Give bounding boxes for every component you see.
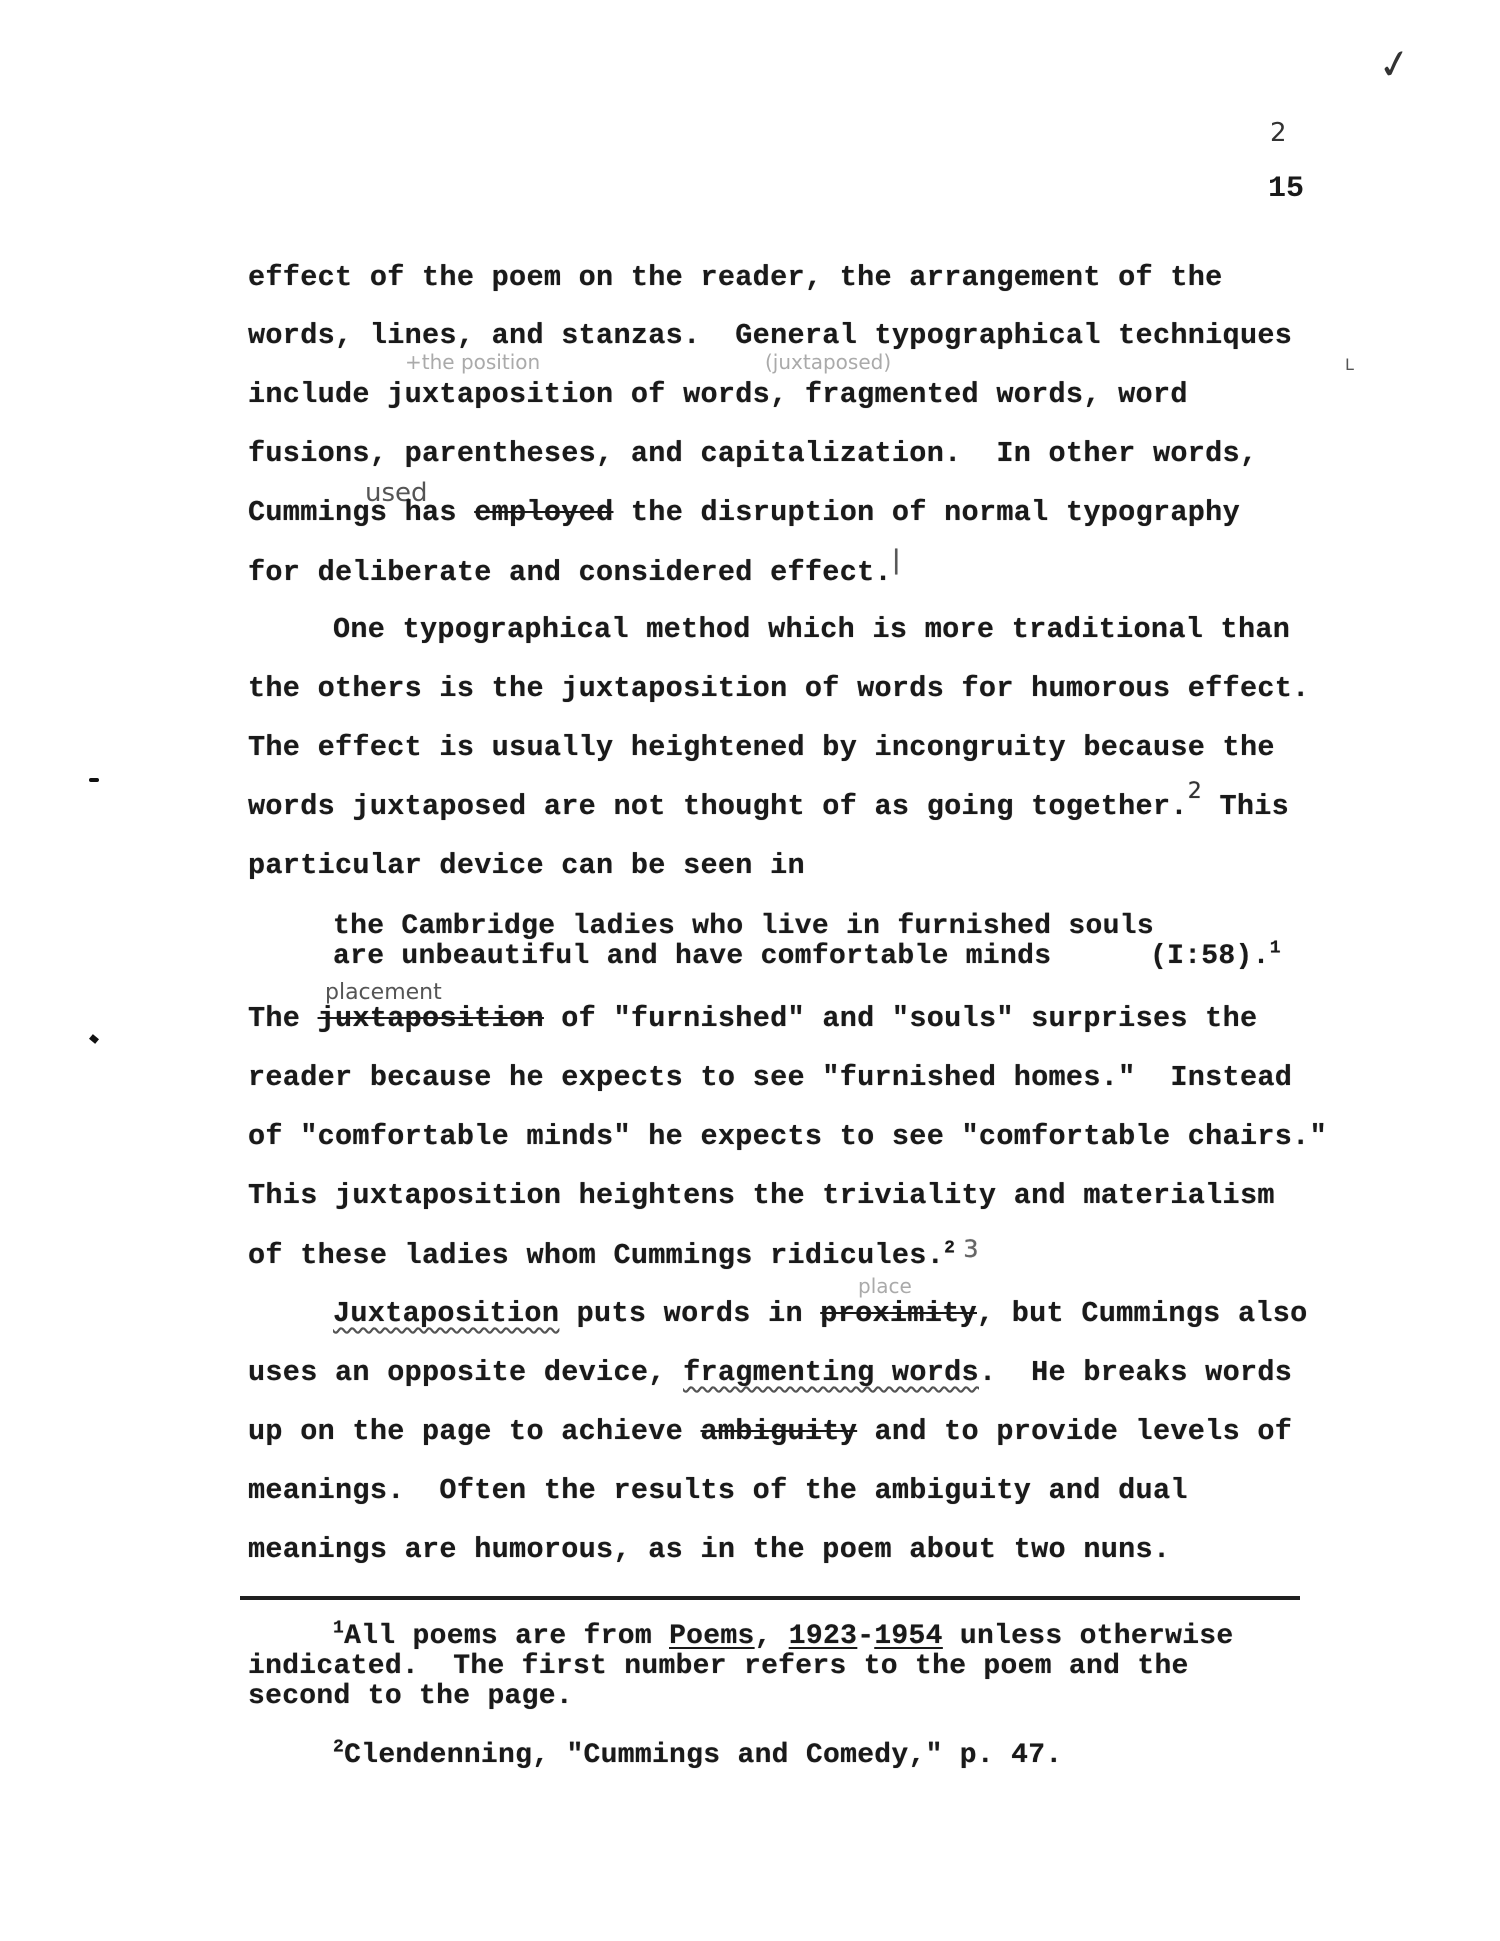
body-line-12: The juxtaposition of "furnished" and "so…: [248, 1003, 1257, 1035]
year-end: 1954: [874, 1621, 942, 1652]
text-segment: words juxtaposed are not thought of as g…: [248, 790, 1188, 823]
handwritten-annotation: +the position: [405, 350, 540, 374]
footnote-ref: 1: [1270, 939, 1281, 959]
handwritten-insertion: place: [858, 1274, 912, 1298]
year-start: 1923: [789, 1621, 857, 1652]
struck-word: ambiguity: [700, 1415, 857, 1448]
body-line-1: effect of the poem on the reader, the ar…: [248, 262, 1223, 294]
handwritten-annotation: (juxtaposed): [765, 350, 891, 374]
handwritten-footnote-number: 3: [963, 1235, 979, 1263]
text-segment: . He breaks words: [979, 1356, 1292, 1389]
right-margin-mark: L: [1345, 355, 1354, 374]
body-line-14: of "comfortable minds" he expects to see…: [248, 1121, 1327, 1153]
text-segment: This: [1202, 790, 1289, 823]
footnote-1-line-1: 1All poems are from Poems, 1923-1954 unl…: [333, 1622, 1234, 1652]
body-line-8: the others is the juxtaposition of words…: [248, 673, 1310, 705]
footnote-1-line-3: second to the page.: [248, 1682, 573, 1712]
text-segment: , but Cummings also: [977, 1297, 1308, 1330]
book-title: Poems: [669, 1621, 755, 1652]
handwritten-page-number: 2: [1270, 118, 1287, 148]
body-line-19: up on the page to achieve ambiguity and …: [248, 1416, 1292, 1448]
text-segment: -: [857, 1621, 874, 1652]
text-segment: of these ladies whom Cummings ridicules.: [248, 1239, 944, 1272]
footnote-divider: [240, 1596, 1300, 1600]
text-segment: up on the page to achieve: [248, 1415, 700, 1448]
text-segment: of "furnished" and "souls" surprises the: [544, 1002, 1258, 1035]
body-line-21: meanings are humorous, as in the poem ab…: [248, 1534, 1170, 1566]
body-line-15: This juxtaposition heightens the trivial…: [248, 1180, 1275, 1212]
text-segment: puts words in: [559, 1297, 820, 1330]
text-segment: Clendenning, "Cummings and Comedy," p. 4…: [344, 1740, 1062, 1771]
body-line-9: The effect is usually heightened by inco…: [248, 732, 1275, 764]
body-line-17: Juxtaposition puts words in proximity, b…: [333, 1298, 1308, 1330]
page-number: 15: [1268, 172, 1304, 206]
handwritten-footnote-number: 2: [1188, 779, 1202, 804]
body-line-4: fusions, parentheses, and capitalization…: [248, 438, 1257, 470]
citation-text: (I:58).: [1150, 941, 1270, 972]
footnote-number: 2: [333, 1738, 344, 1758]
handwritten-mark: |: [892, 545, 901, 575]
body-line-20: meanings. Often the results of the ambig…: [248, 1475, 1188, 1507]
text-segment: All poems are from: [344, 1621, 669, 1652]
footnote-ref: 2: [944, 1239, 955, 1259]
body-line-13: reader because he expects to see "furnis…: [248, 1062, 1292, 1094]
body-line-7: One typographical method which is more t…: [333, 614, 1290, 646]
poem-line-2: are unbeautiful and have comfortable min…: [333, 942, 1051, 972]
underlined-phrase: fragmenting words: [683, 1356, 979, 1389]
text-segment: ,: [755, 1621, 789, 1652]
check-mark-icon: ✓: [1374, 39, 1415, 90]
body-line-11: particular device can be seen in: [248, 850, 805, 882]
text-segment: uses an opposite device,: [248, 1356, 683, 1389]
text-segment: for deliberate and considered effect.: [248, 556, 892, 589]
body-line-10: words juxtaposed are not thought of as g…: [248, 791, 1289, 824]
text-segment: The: [248, 1002, 318, 1035]
body-line-16: of these ladies whom Cummings ridicules.…: [248, 1239, 971, 1272]
footnote-2: 2Clendenning, "Cummings and Comedy," p. …: [333, 1741, 1062, 1771]
text-segment: Cummings has: [248, 496, 474, 529]
scan-mark: [89, 778, 99, 782]
struck-word: employed: [474, 496, 613, 529]
struck-word: juxtaposition: [318, 1002, 544, 1035]
underlined-word: Juxtaposition: [333, 1297, 559, 1330]
text-segment: and to provide levels of: [857, 1415, 1292, 1448]
body-line-2: words, lines, and stanzas. General typog…: [248, 320, 1292, 352]
document-page: ✓ 2 15 effect of the poem on the reader,…: [0, 0, 1500, 1941]
struck-word: proximity: [820, 1297, 977, 1330]
scan-mark: [89, 1034, 99, 1044]
text-segment: unless otherwise: [943, 1621, 1234, 1652]
body-line-5: Cummings has employed the disruption of …: [248, 497, 1240, 529]
footnote-number: 1: [333, 1619, 344, 1639]
poem-line-1: the Cambridge ladies who live in furnish…: [333, 912, 1154, 942]
body-line-6: for deliberate and considered effect.|: [248, 556, 901, 589]
footnote-1-line-2: indicated. The first number refers to th…: [248, 1652, 1189, 1682]
body-line-18: uses an opposite device, fragmenting wor…: [248, 1357, 1292, 1389]
body-line-3: include juxtaposition of words, fragment…: [248, 379, 1188, 411]
text-segment: the disruption of normal typography: [613, 496, 1240, 529]
poem-citation: (I:58).1: [1150, 942, 1281, 972]
